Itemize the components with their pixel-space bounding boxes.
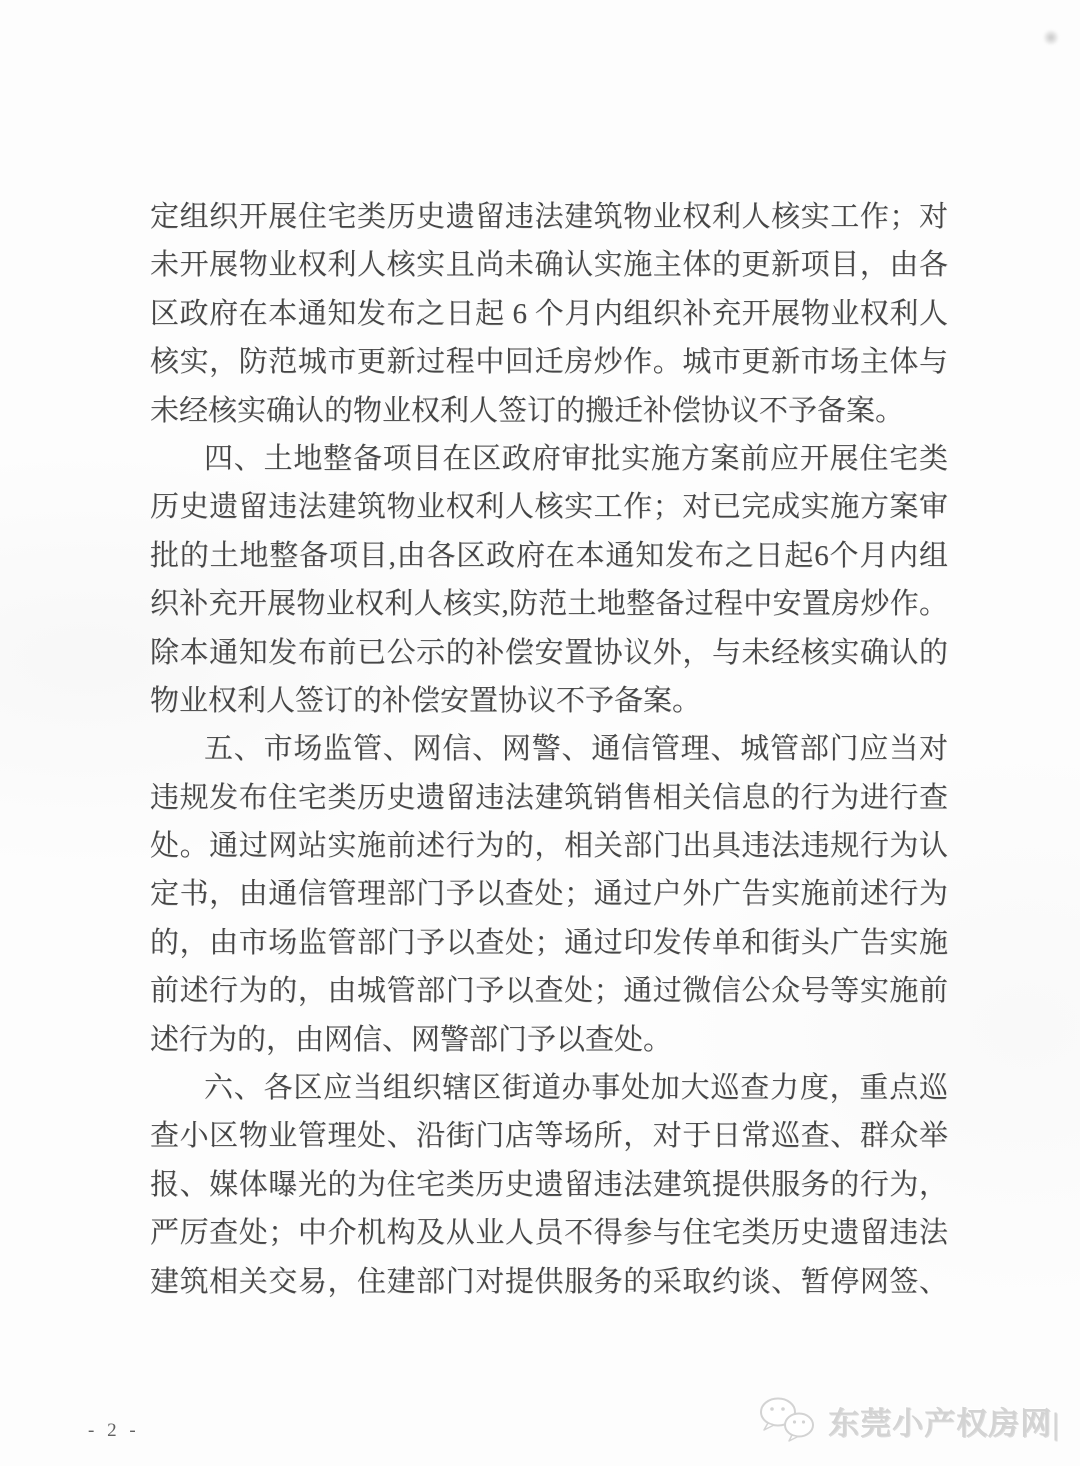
text-line: 报、媒体曝光的为住宅类历史遗留违法建筑提供服务的行为， (150, 1161, 948, 1209)
text-line: 批的土地整备项目,由各区政府在本通知发布之日起6个月内组 (150, 532, 948, 580)
text-line: 织补充开展物业权利人核实,防范土地整备过程中安置房炒作。 (150, 580, 948, 628)
watermark: 东莞小产权房网| (756, 1396, 1060, 1444)
page-number: - 2 - (88, 1420, 140, 1442)
scan-smudge (1042, 30, 1060, 45)
text-line: 严厉查处；中介机构及从业人员不得参与住宅类历史遗留违法 (150, 1209, 948, 1257)
paragraph: 四、土地整备项目在区政府审批实施方案前应开展住宅类历史遗留违法建筑物业权利人核实… (150, 435, 948, 725)
text-line: 述行为的，由网信、网警部门予以查处。 (150, 1016, 948, 1064)
text-line: 违规发布住宅类历史遗留违法建筑销售相关信息的行为进行查 (150, 774, 948, 822)
watermark-text: 东莞小产权房网| (828, 1398, 1060, 1443)
text-line: 未经核实确认的物业权利人签订的搬迁补偿协议不予备案。 (150, 387, 948, 435)
text-line: 四、土地整备项目在区政府审批实施方案前应开展住宅类 (150, 435, 948, 483)
text-line: 区政府在本通知发布之日起 6 个月内组织补充开展物业权利人 (150, 290, 948, 338)
text-line: 的，由市场监管部门予以查处；通过印发传单和街头广告实施 (150, 919, 948, 967)
text-line: 除本通知发布前已公示的补偿安置协议外，与未经核实确认的 (150, 629, 948, 677)
text-line: 前述行为的，由城管部门予以查处；通过微信公众号等实施前 (150, 967, 948, 1015)
text-line: 未开展物业权利人核实且尚未确认实施主体的更新项目，由各 (150, 241, 948, 289)
text-line: 核实，防范城市更新过程中回迁房炒作。城市更新市场主体与 (150, 338, 948, 386)
text-line: 查小区物业管理处、沿街门店等场所，对于日常巡查、群众举 (150, 1112, 948, 1160)
text-line: 处。通过网站实施前述行为的，相关部门出具违法违规行为认 (150, 822, 948, 870)
text-line: 五、市场监管、网信、网警、通信管理、城管部门应当对 (150, 725, 948, 773)
wechat-icon (756, 1396, 820, 1444)
text-line: 定书，由通信管理部门予以查处；通过户外广告实施前述行为 (150, 870, 948, 918)
text-line: 六、各区应当组织辖区街道办事处加大巡查力度，重点巡 (150, 1064, 948, 1112)
paragraph: 五、市场监管、网信、网警、通信管理、城管部门应当对违规发布住宅类历史遗留违法建筑… (150, 725, 948, 1064)
text-line: 物业权利人签订的补偿安置协议不予备案。 (150, 677, 948, 725)
paragraph: 定组织开展住宅类历史遗留违法建筑物业权利人核实工作；对未开展物业权利人核实且尚未… (150, 193, 948, 435)
document-body: 定组织开展住宅类历史遗留违法建筑物业权利人核实工作；对未开展物业权利人核实且尚未… (150, 193, 948, 1306)
text-line: 定组织开展住宅类历史遗留违法建筑物业权利人核实工作；对 (150, 193, 948, 241)
text-line: 历史遗留违法建筑物业权利人核实工作；对已完成实施方案审 (150, 483, 948, 531)
text-line: 建筑相关交易，住建部门对提供服务的采取约谈、暂停网签、 (150, 1258, 948, 1306)
document-page: 定组织开展住宅类历史遗留违法建筑物业权利人核实工作；对未开展物业权利人核实且尚未… (0, 0, 1080, 1466)
paragraph: 六、各区应当组织辖区街道办事处加大巡查力度，重点巡查小区物业管理处、沿街门店等场… (150, 1064, 948, 1306)
